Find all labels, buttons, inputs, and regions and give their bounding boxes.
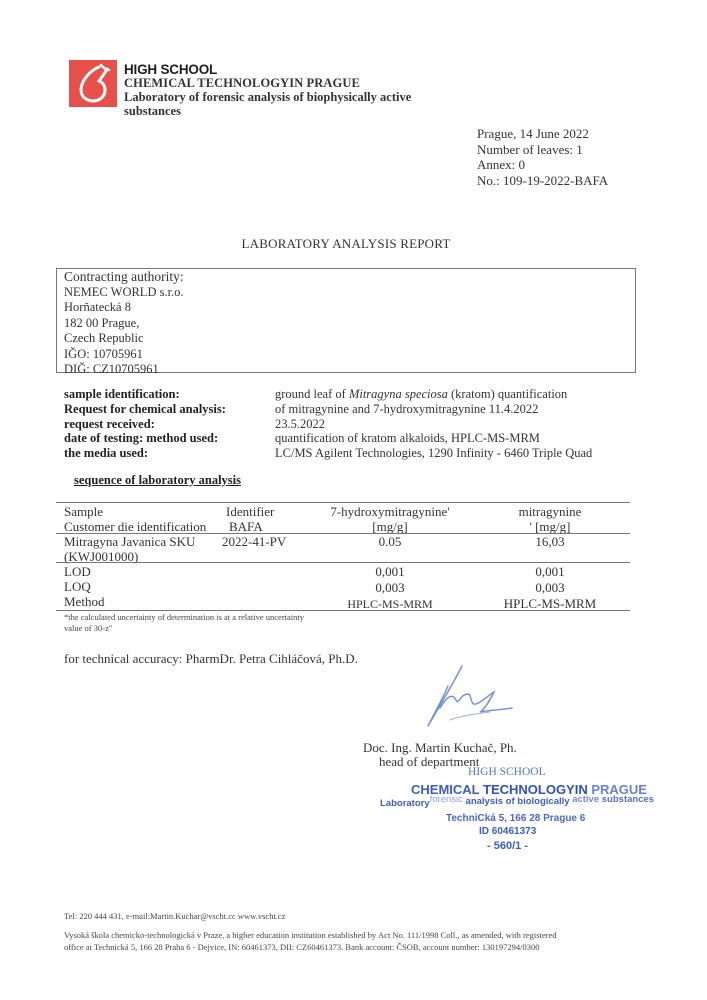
signature-icon [420,664,520,739]
institution-name: HIGH SCHOOL [124,62,217,77]
th-text: 7-hydroxymitragynine' [300,505,480,520]
stamp-line: ID 60461373 [479,826,536,837]
th-text: [mg/g] [300,520,480,535]
stamp-line: Laboratoryforensic analysis of biologica… [380,798,654,809]
table-row: Mitragyna Javanica SKU (KWJ001000) [64,535,195,564]
table-rule [56,502,630,503]
stamp-text: Laboratory [380,798,430,809]
stamp-text: active [572,794,599,805]
th-text: Sample [64,505,206,520]
sample-name: Mitragyna Javanica SKU [64,535,195,550]
annex-count: Annex: 0 [477,157,608,173]
th-text: mitragynine [480,505,620,520]
authority-line: DIĞ: CZ10705961 [64,362,184,378]
lod-hydroxy: 0,001 [300,565,480,580]
hydroxy-value: 0.05 [300,535,480,550]
authority-line: 182 00 Prague, [64,316,184,332]
footer-legal-line: office at Technická 5, 166 28 Praha 6 - … [64,941,624,953]
loq-label: LOQ [64,580,91,595]
report-title: LABORATORY ANALYSIS REPORT [0,236,692,252]
info-label: Request for chemical analysis: [64,402,226,417]
info-value-method: quantification of kratom alkaloids, HPLC… [275,431,592,446]
laboratory-name-cont: substances [124,104,181,119]
uncertainty-note: *the calculated uncertainty of determina… [64,612,324,634]
th-identifier: Identifier BAFA [226,505,274,534]
th-7-hydroxymitragynine: 7-hydroxymitragynine' [mg/g] [300,505,480,534]
th-text: Identifier [226,505,274,520]
laboratory-name: Laboratory of forensic analysis of bioph… [124,90,411,105]
section-heading: sequence of laboratory analysis [64,473,241,488]
note-text: *the calculated uncertainty of determina… [64,612,324,623]
info-value-media: LC/MS Agilent Technologies, 1290 Infinit… [275,446,592,461]
institution-subtitle: CHEMICAL TECHNOLOGYIN PRAGUE [124,76,360,91]
text: (kratom) quantification [448,387,567,401]
mitragynine-value: 16,03 [480,535,620,550]
th-text: ' [mg/g] [480,520,620,535]
method-label: Method [64,595,104,610]
info-values: ground leaf of Mitragyna speciosa (krato… [275,387,592,461]
place-date: Prague, 14 June 2022 [477,126,608,142]
report-meta: Prague, 14 June 2022 Number of leaves: 1… [477,126,608,188]
info-label: the media used: [64,446,226,461]
authority-line: NEMEC WORLD s.r.o. [64,285,184,301]
stamp-text: substances [602,794,654,805]
info-label: date of testing: method used: [64,431,226,446]
species-name: Mitragyna speciosa [349,387,448,401]
footer-legal-line: Vysoká škola chemicko-technologická v Pr… [64,929,624,941]
th-text: Customer die identification [64,520,206,535]
report-number: No.: 109-19-2022-BAFA [477,173,608,189]
contracting-authority-box: Contracting authority: NEMEC WORLD s.r.o… [56,268,636,373]
loq-hydroxy: 0,003 [300,581,480,596]
info-label: request received: [64,417,226,432]
info-value-request: of mitragynine and 7-hydroxymitragynine … [275,402,592,417]
stamp-line: TechniCká 5, 166 28 Prague 6 [446,813,585,824]
footer-legal: Vysoká škola chemicko-technologická v Pr… [64,929,624,953]
note-text: value of 30-z" [64,623,324,634]
th-text: BAFA [226,520,274,535]
loq-mitragynine: 0,003 [480,581,620,596]
authority-line: Czech Republic [64,331,184,347]
stamp-line: - 560/1 - [487,840,528,852]
stamp-text: analysis of biologically [466,796,570,807]
lod-label: LOD [64,565,91,580]
info-labels: sample identification: Request for chemi… [64,387,226,461]
authority-line: Horňatecká 8 [64,300,184,316]
table-rule [56,610,630,611]
text: ground leaf of [275,387,349,401]
stamp-line: HIGH SCHOOL [468,766,546,778]
table-rule [56,562,630,563]
stamp-text: forensic [430,794,463,805]
info-value-received: 23.5.2022 [275,417,592,432]
info-label: sample identification: [64,387,226,402]
vscht-logo-icon [69,60,117,107]
info-value-sample: ground leaf of Mitragyna speciosa (krato… [275,387,592,402]
sample-identifier: 2022-41-PV [222,535,286,550]
leaves-count: Number of leaves: 1 [477,142,608,158]
authority-line: IĞO: 10705961 [64,347,184,363]
authority-label: Contracting authority: [64,269,184,285]
technical-accuracy: for technical accuracy: PharmDr. Petra C… [64,651,358,667]
lod-mitragynine: 0,001 [480,565,620,580]
th-sample: Sample Customer die identification [64,505,206,534]
signatory-role: head of department [379,754,479,770]
th-mitragynine: mitragynine ' [mg/g] [480,505,620,534]
footer-contact: Tel: 220 444 431, e-mail:Martin.Kuchar@v… [64,911,285,921]
